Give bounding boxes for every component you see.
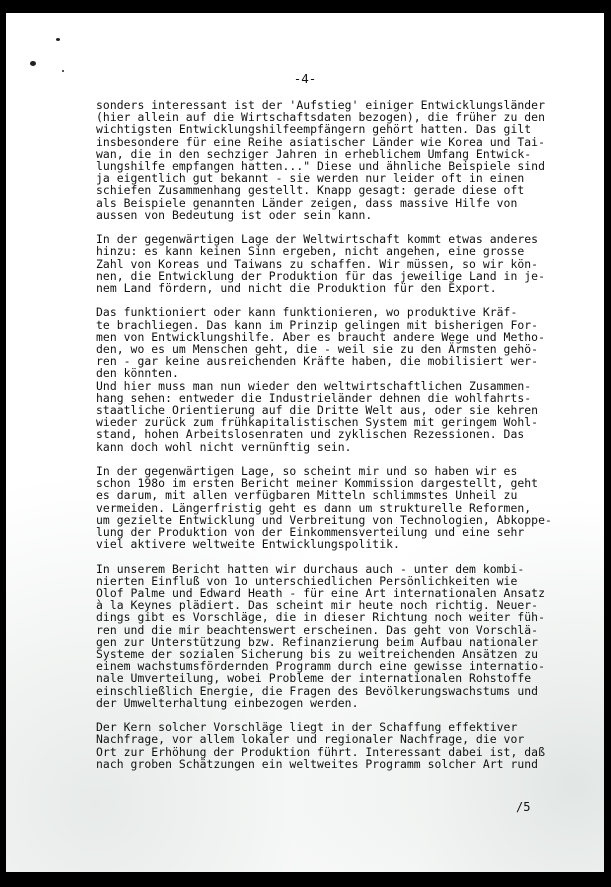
body-text: sonders interessant ist der 'Aufstieg' e… xyxy=(96,99,566,782)
paragraph-2: In der gegenwärtigen Lage der Weltwirtsc… xyxy=(96,233,566,294)
document-page: -4- sonders interessant ist der 'Aufstie… xyxy=(6,13,604,872)
scan-speck xyxy=(56,38,60,41)
paragraph-3: Das funktioniert oder kann funktionieren… xyxy=(96,306,566,379)
paragraph-4: Und hier muss man nun wieder den weltwir… xyxy=(96,380,566,453)
paragraph-7: Der Kern solcher Vorschläge liegt in der… xyxy=(96,721,566,770)
paragraph-5: In der gegenwärtigen Lage, so scheint mi… xyxy=(96,465,566,550)
paragraph-6: In unserem Bericht hatten wir durchaus a… xyxy=(96,563,566,709)
paragraph-1: sonders interessant ist der 'Aufstieg' e… xyxy=(96,99,566,221)
scan-speck xyxy=(30,61,36,66)
continuation-marker: /5 xyxy=(516,800,530,814)
page-number: -4- xyxy=(6,71,604,86)
